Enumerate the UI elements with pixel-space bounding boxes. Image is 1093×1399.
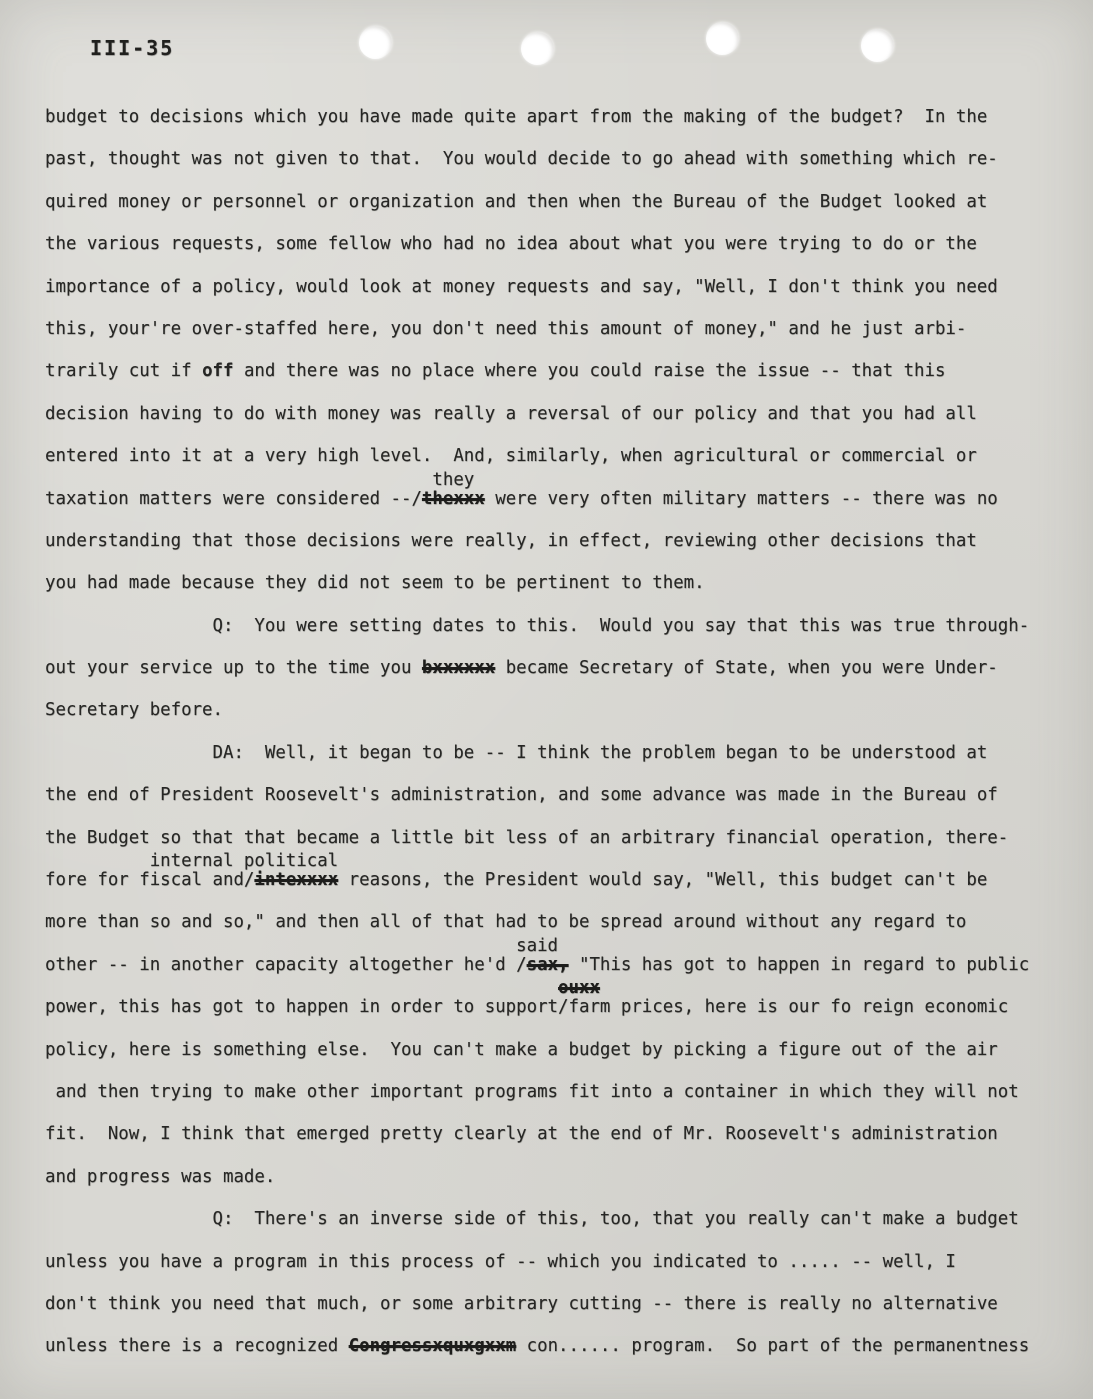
typed-text: budget to decisions which you have made …	[45, 107, 987, 127]
text-line: policy, here is something else. You can'…	[45, 1029, 1065, 1071]
text-line: unless there is a recognized Congressxqu…	[45, 1325, 1065, 1367]
typed-text: power, this has got to happen in order t…	[45, 997, 1008, 1017]
text-line: the various requests, some fellow who ha…	[45, 223, 1065, 265]
text-line: ouxxpower, this has got to happen in ord…	[45, 986, 1065, 1028]
typed-text: this, your're over-staffed here, you don…	[45, 319, 966, 339]
document-page: III-35 budget to decisions which you hav…	[0, 0, 1093, 1399]
typed-text: unless there is a recognized	[45, 1336, 349, 1356]
typed-text: "This has got to happen in regard to pub…	[569, 955, 1030, 975]
typed-text: and then trying to make other important …	[45, 1082, 1019, 1102]
interline-insertion: they	[432, 472, 474, 489]
text-line: internal politicalfore for fiscal and/in…	[45, 859, 1065, 901]
typed-text: policy, here is something else. You can'…	[45, 1040, 998, 1060]
text-line: and progress was made.	[45, 1156, 1065, 1198]
typed-text: out your service up to the time you	[45, 658, 422, 678]
typed-text: taxation matters were considered --/	[45, 489, 422, 509]
text-line: Secretary before.	[45, 689, 1065, 731]
typed-text: reasons, the President would say, "Well,…	[338, 870, 987, 890]
typed-text: fore for fiscal and/	[45, 870, 254, 890]
typed-text: the Budget so that that became a little …	[45, 828, 1008, 848]
punch-hole	[359, 26, 392, 59]
text-line: this, your're over-staffed here, you don…	[45, 308, 1065, 350]
interline-insertion: said	[516, 938, 558, 955]
text-line: DA: Well, it began to be -- I think the …	[45, 732, 1065, 774]
typed-text: decision having to do with money was rea…	[45, 404, 977, 424]
document-text: budget to decisions which you have made …	[45, 96, 1065, 1368]
typed-text: Secretary before.	[45, 700, 223, 720]
typed-text: the various requests, some fellow who ha…	[45, 234, 977, 254]
interline-insertion: ouxx	[558, 980, 600, 997]
struck-out-text: intexxxx	[254, 870, 338, 890]
text-line: theytaxation matters were considered --/…	[45, 478, 1065, 520]
typed-text: DA: Well, it began to be -- I think the …	[213, 743, 988, 763]
typed-text: off	[202, 361, 233, 381]
typed-text: were very often military matters -- ther…	[485, 489, 998, 509]
text-line: the end of President Roosevelt's adminis…	[45, 774, 1065, 816]
text-line: Q: You were setting dates to this. Would…	[45, 605, 1065, 647]
typed-text: importance of a policy, would look at mo…	[45, 277, 998, 297]
typed-text: Q: There's an inverse side of this, too,…	[213, 1209, 1019, 1229]
typed-text: Q: You were setting dates to this. Would…	[213, 616, 1030, 636]
typed-text: more than so and so," and then all of th…	[45, 912, 966, 932]
text-line: Q: There's an inverse side of this, too,…	[45, 1198, 1065, 1240]
typed-text: entered into it at a very high level. An…	[45, 446, 977, 466]
typed-text: understanding that those decisions were …	[45, 531, 977, 551]
text-line: quired money or personnel or organizatio…	[45, 181, 1065, 223]
struck-out-text: Congressxquxgxxm	[349, 1336, 517, 1356]
text-line: past, thought was not given to that. You…	[45, 138, 1065, 180]
typed-text: fit. Now, I think that emerged pretty cl…	[45, 1124, 998, 1144]
text-line: unless you have a program in this proces…	[45, 1241, 1065, 1283]
typed-text: other -- in another capacity altogether …	[45, 955, 527, 975]
text-line: fit. Now, I think that emerged pretty cl…	[45, 1113, 1065, 1155]
typed-text: the end of President Roosevelt's adminis…	[45, 785, 998, 805]
typed-text: con...... program. So part of the perman…	[516, 1336, 1029, 1356]
typed-text: and there was no place where you could r…	[233, 361, 945, 381]
text-line: entered into it at a very high level. An…	[45, 435, 1065, 477]
text-line: importance of a policy, would look at mo…	[45, 266, 1065, 308]
typed-text: unless you have a program in this proces…	[45, 1252, 956, 1272]
struck-out-text: bxxxxxx	[422, 658, 495, 678]
interline-insertion: internal political	[150, 853, 338, 870]
punch-hole	[521, 32, 554, 65]
typed-text: and progress was made.	[45, 1167, 275, 1187]
text-line: out your service up to the time you bxxx…	[45, 647, 1065, 689]
typed-text: you had made because they did not seem t…	[45, 573, 705, 593]
text-line: budget to decisions which you have made …	[45, 96, 1065, 138]
struck-out-text: sax,	[527, 955, 569, 975]
text-line: don't think you need that much, or some …	[45, 1283, 1065, 1325]
text-line: decision having to do with money was rea…	[45, 393, 1065, 435]
text-line: trarily cut if off and there was no plac…	[45, 350, 1065, 392]
typed-text: past, thought was not given to that. You…	[45, 149, 998, 169]
typed-text: quired money or personnel or organizatio…	[45, 192, 987, 212]
text-line: you had made because they did not seem t…	[45, 562, 1065, 604]
punch-hole	[706, 22, 739, 55]
text-line: and then trying to make other important …	[45, 1071, 1065, 1113]
text-line: saidother -- in another capacity altoget…	[45, 944, 1065, 986]
typed-text: trarily cut if	[45, 361, 202, 381]
struck-out-text: thexxx	[422, 489, 485, 509]
typed-text: became Secretary of State, when you were…	[495, 658, 998, 678]
page-number: III-35	[90, 36, 174, 60]
typed-text: don't think you need that much, or some …	[45, 1294, 998, 1314]
text-line: understanding that those decisions were …	[45, 520, 1065, 562]
punch-hole	[861, 29, 894, 62]
